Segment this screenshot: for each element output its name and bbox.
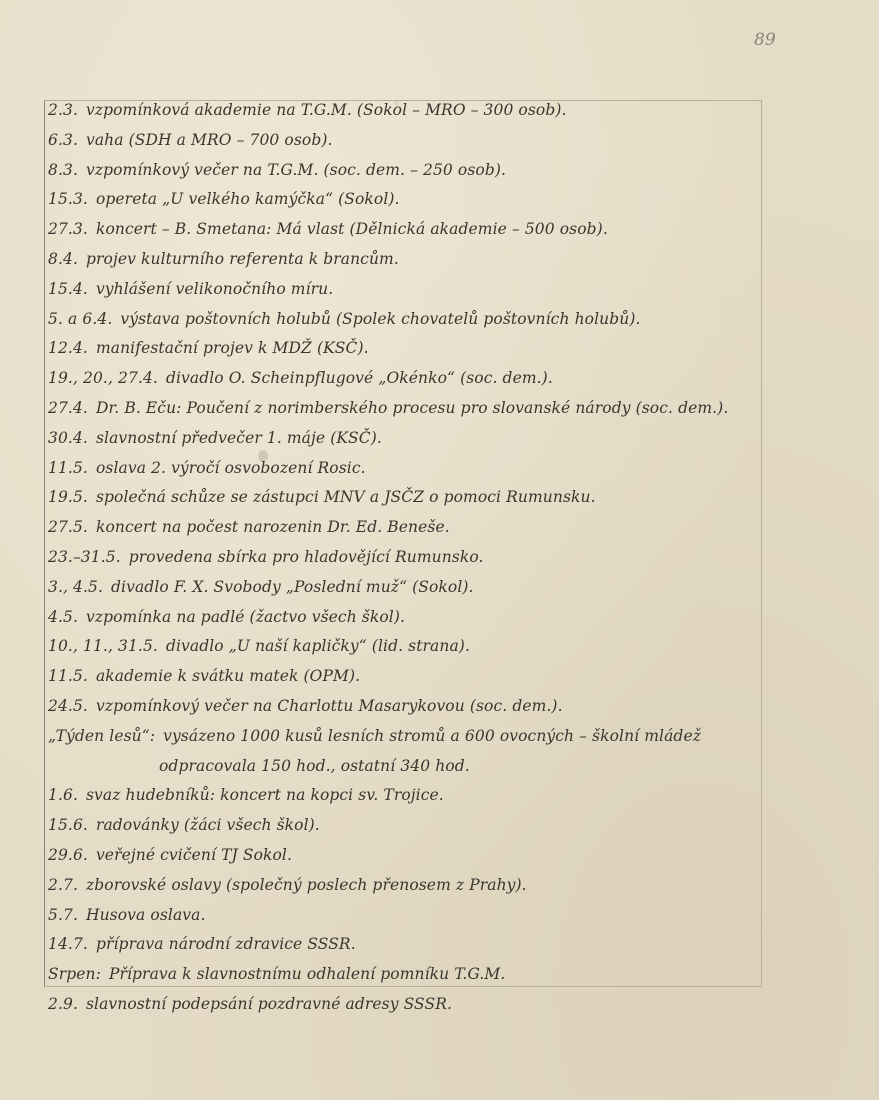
entry-text: slavnostní předvečer 1. máje (KSČ). <box>96 429 382 447</box>
chronicle-entry: 8.4.projev kulturního referenta k branců… <box>48 245 768 275</box>
chronicle-entry: 6.3.vaha (SDH a MRO – 700 osob). <box>48 126 768 156</box>
entry-date: 3., 4.5. <box>48 573 103 603</box>
chronicle-entry: 24.5.vzpomínkový večer na Charlottu Masa… <box>48 692 768 722</box>
chronicle-entry: 15.3.opereta „U velkého kamýčka“ (Sokol)… <box>48 185 768 215</box>
entry-date: 30.4. <box>48 424 88 454</box>
chronicle-entry: 10., 11., 31.5.divadlo „U naší kapličky“… <box>48 632 768 662</box>
entry-date: 12.4. <box>48 334 88 364</box>
entry-date: 27.5. <box>48 513 88 543</box>
entry-date: 27.3. <box>48 215 88 245</box>
entry-text: divadlo F. X. Svobody „Poslední muž“ (So… <box>111 578 474 596</box>
entry-date: Srpen: <box>48 960 101 990</box>
entry-text: zborovské oslavy (společný poslech přeno… <box>86 876 527 894</box>
chronicle-entry: 11.5.akademie k svátku matek (OPM). <box>48 662 768 692</box>
entry-text: Příprava k slavnostnímu odhalení pomníku… <box>109 965 505 983</box>
chronicle-entry: 29.6.veřejné cvičení TJ Sokol. <box>48 841 768 871</box>
entry-date: 19., 20., 27.4. <box>48 364 158 394</box>
entry-text: radovánky (žáci všech škol). <box>96 816 320 834</box>
entry-date: 1.6. <box>48 781 78 811</box>
entry-text: vysázeno 1000 kusů lesních stromů a 600 … <box>163 727 701 745</box>
entry-date: 27.4. <box>48 394 88 424</box>
entry-text: vaha (SDH a MRO – 700 osob). <box>86 131 333 149</box>
chronicle-entry: 15.4.vyhlášení velikonočního míru. <box>48 275 768 305</box>
entry-date: 8.4. <box>48 245 78 275</box>
entry-text: akademie k svátku matek (OPM). <box>96 667 360 685</box>
entry-text: výstava poštovních holubů (Spolek chovat… <box>120 310 640 328</box>
entry-text: veřejné cvičení TJ Sokol. <box>96 846 292 864</box>
chronicle-entry: 3., 4.5.divadlo F. X. Svobody „Poslední … <box>48 573 768 603</box>
entry-text: divadlo „U naší kapličky“ (lid. strana). <box>166 637 470 655</box>
entry-date: 29.6. <box>48 841 88 871</box>
chronicle-entry: 15.6.radovánky (žáci všech škol). <box>48 811 768 841</box>
entry-text: vyhlášení velikonočního míru. <box>96 280 333 298</box>
entry-text: Husova oslava. <box>86 906 206 924</box>
entry-date: 15.4. <box>48 275 88 305</box>
entry-text: Dr. B. Eču: Poučení z norimberského proc… <box>96 399 728 417</box>
entry-text: vzpomínkový večer na T.G.M. (soc. dem. –… <box>86 161 506 179</box>
entry-date: 5.7. <box>48 901 78 931</box>
entry-date: 2.3. <box>48 96 78 126</box>
entry-text: koncert na počest narozenin Dr. Ed. Bene… <box>96 518 450 536</box>
entry-date: 15.6. <box>48 811 88 841</box>
chronicle-entry: 30.4.slavnostní předvečer 1. máje (KSČ). <box>48 424 768 454</box>
entry-text: koncert – B. Smetana: Má vlast (Dělnická… <box>96 220 608 238</box>
entry-text: svaz hudebníků: koncert na kopci sv. Tro… <box>86 786 444 804</box>
entry-text: vzpomínková akademie na T.G.M. (Sokol – … <box>86 101 567 119</box>
entry-date: 11.5. <box>48 662 88 692</box>
chronicle-entry: 27.4.Dr. B. Eču: Poučení z norimberského… <box>48 394 768 424</box>
chronicle-entry: 8.3.vzpomínkový večer na T.G.M. (soc. de… <box>48 156 768 186</box>
page-number: 89 <box>754 30 776 50</box>
chronicle-entry: 19.5.společná schůze se zástupci MNV a J… <box>48 483 768 513</box>
entry-text: společná schůze se zástupci MNV a JSČZ o… <box>96 488 596 506</box>
entry-date: 10., 11., 31.5. <box>48 632 158 662</box>
chronicle-entry: 14.7.příprava národní zdravice SSSR. <box>48 930 768 960</box>
entry-text: oslava 2. výročí osvobození Rosic. <box>96 459 366 477</box>
chronicle-entry: 27.3.koncert – B. Smetana: Má vlast (Děl… <box>48 215 768 245</box>
entry-text: odpracovala 150 hod., ostatní 340 hod. <box>159 757 470 775</box>
chronicle-entry-continuation: odpracovala 150 hod., ostatní 340 hod. <box>48 752 768 782</box>
entry-date: 23.–31.5. <box>48 543 121 573</box>
chronicle-entries: 2.3.vzpomínková akademie na T.G.M. (Soko… <box>48 96 768 1020</box>
entry-text: slavnostní podepsání pozdravné adresy SS… <box>86 995 452 1013</box>
chronicle-entry: 5.7.Husova oslava. <box>48 901 768 931</box>
chronicle-entry: 2.9.slavnostní podepsání pozdravné adres… <box>48 990 768 1020</box>
entry-text: příprava národní zdravice SSSR. <box>96 935 356 953</box>
entry-date: 6.3. <box>48 126 78 156</box>
entry-date: 24.5. <box>48 692 88 722</box>
chronicle-entry: 27.5.koncert na počest narozenin Dr. Ed.… <box>48 513 768 543</box>
entry-date: 4.5. <box>48 603 78 633</box>
chronicle-entry: 23.–31.5.provedena sbírka pro hladovějíc… <box>48 543 768 573</box>
chronicle-entry: 5. a 6.4.výstava poštovních holubů (Spol… <box>48 305 768 335</box>
entry-date: „Týden lesů“: <box>48 722 155 752</box>
entry-text: vzpomínkový večer na Charlottu Masarykov… <box>96 697 563 715</box>
entry-date: 2.9. <box>48 990 78 1020</box>
entry-text: manifestační projev k MDŽ (KSČ). <box>96 339 369 357</box>
chronicle-entry: 2.3.vzpomínková akademie na T.G.M. (Soko… <box>48 96 768 126</box>
chronicle-entry: 12.4.manifestační projev k MDŽ (KSČ). <box>48 334 768 364</box>
entry-text: opereta „U velkého kamýčka“ (Sokol). <box>96 190 400 208</box>
entry-date: 15.3. <box>48 185 88 215</box>
chronicle-entry: 11.5.oslava 2. výročí osvobození Rosic. <box>48 454 768 484</box>
entry-date: 11.5. <box>48 454 88 484</box>
entry-date: 5. a 6.4. <box>48 305 112 335</box>
chronicle-entry: 19., 20., 27.4.divadlo O. Scheinpflugové… <box>48 364 768 394</box>
entry-text: projev kulturního referenta k brancům. <box>86 250 399 268</box>
chronicle-entry: 1.6.svaz hudebníků: koncert na kopci sv.… <box>48 781 768 811</box>
entry-text: divadlo O. Scheinpflugové „Okénko“ (soc.… <box>166 369 553 387</box>
chronicle-entry: 2.7.zborovské oslavy (společný poslech p… <box>48 871 768 901</box>
chronicle-entry: 4.5.vzpomínka na padlé (žactvo všech ško… <box>48 603 768 633</box>
entry-date: 2.7. <box>48 871 78 901</box>
entry-date: 19.5. <box>48 483 88 513</box>
entry-text: provedena sbírka pro hladovějící Rumunsk… <box>129 548 484 566</box>
chronicle-entry: „Týden lesů“:vysázeno 1000 kusů lesních … <box>48 722 768 752</box>
entry-text: vzpomínka na padlé (žactvo všech škol). <box>86 608 405 626</box>
entry-date: 14.7. <box>48 930 88 960</box>
entry-date: 8.3. <box>48 156 78 186</box>
chronicle-entry: Srpen:Příprava k slavnostnímu odhalení p… <box>48 960 768 990</box>
